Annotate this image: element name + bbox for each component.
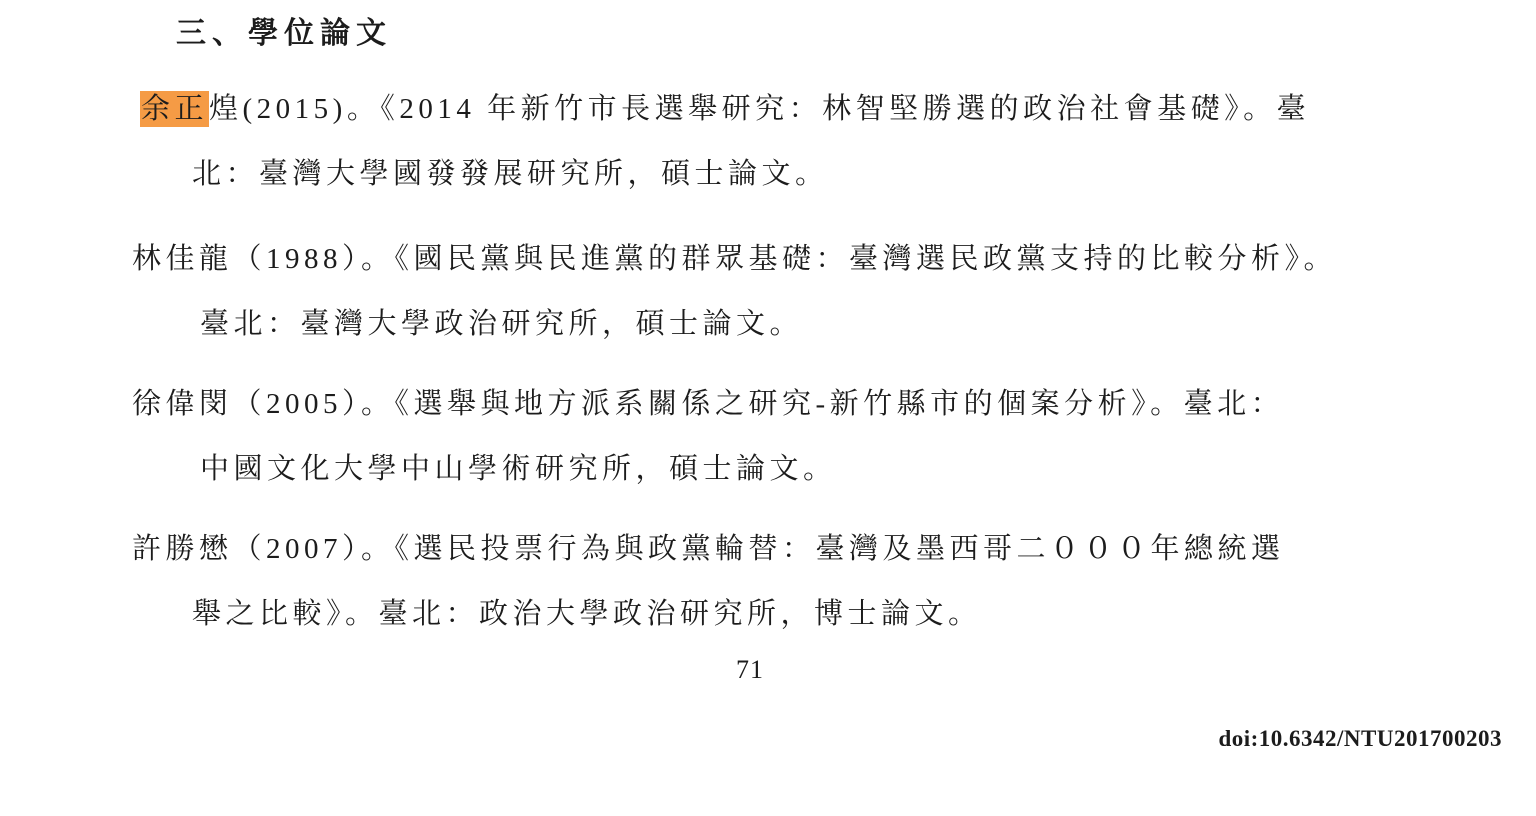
entry-line: 徐偉閔（2005）。《選舉與地方派系關係之研究-新竹縣市的個案分析》。臺北： [132,381,1284,422]
entry-text: 煌(2015)。《2014 年新竹市長選舉研究：林智堅勝選的政治社會基礎》。臺 [209,93,1310,125]
entry-line: 北：臺灣大學國發發展研究所，碩士論文。 [192,151,829,192]
entry-line: 中國文化大學中山學術研究所，碩士論文。 [200,446,837,487]
section-heading: 三、學位論文 [176,8,392,52]
entry-line: 林佳龍（1988）。《國民黨與民進黨的群眾基礎：臺灣選民政黨支持的比較分析》。 [132,236,1337,277]
entry-line: 許勝懋（2007）。《選民投票行為與政黨輪替：臺灣及墨西哥二０００年總統選 [132,526,1285,567]
doi-text: doi:10.6342/NTU201700203 [1218,726,1502,752]
page-number: 71 [0,655,1500,685]
entry-line: 臺北：臺灣大學政治研究所，碩士論文。 [200,301,803,342]
entry-line: 余正煌(2015)。《2014 年新竹市長選舉研究：林智堅勝選的政治社會基礎》。… [140,86,1310,127]
entry-line: 舉之比較》。臺北：政治大學政治研究所，博士論文。 [192,591,982,632]
document-page: 三、學位論文 余正煌(2015)。《2014 年新竹市長選舉研究：林智堅勝選的政… [0,0,1536,816]
search-highlight: 余正 [140,91,209,127]
